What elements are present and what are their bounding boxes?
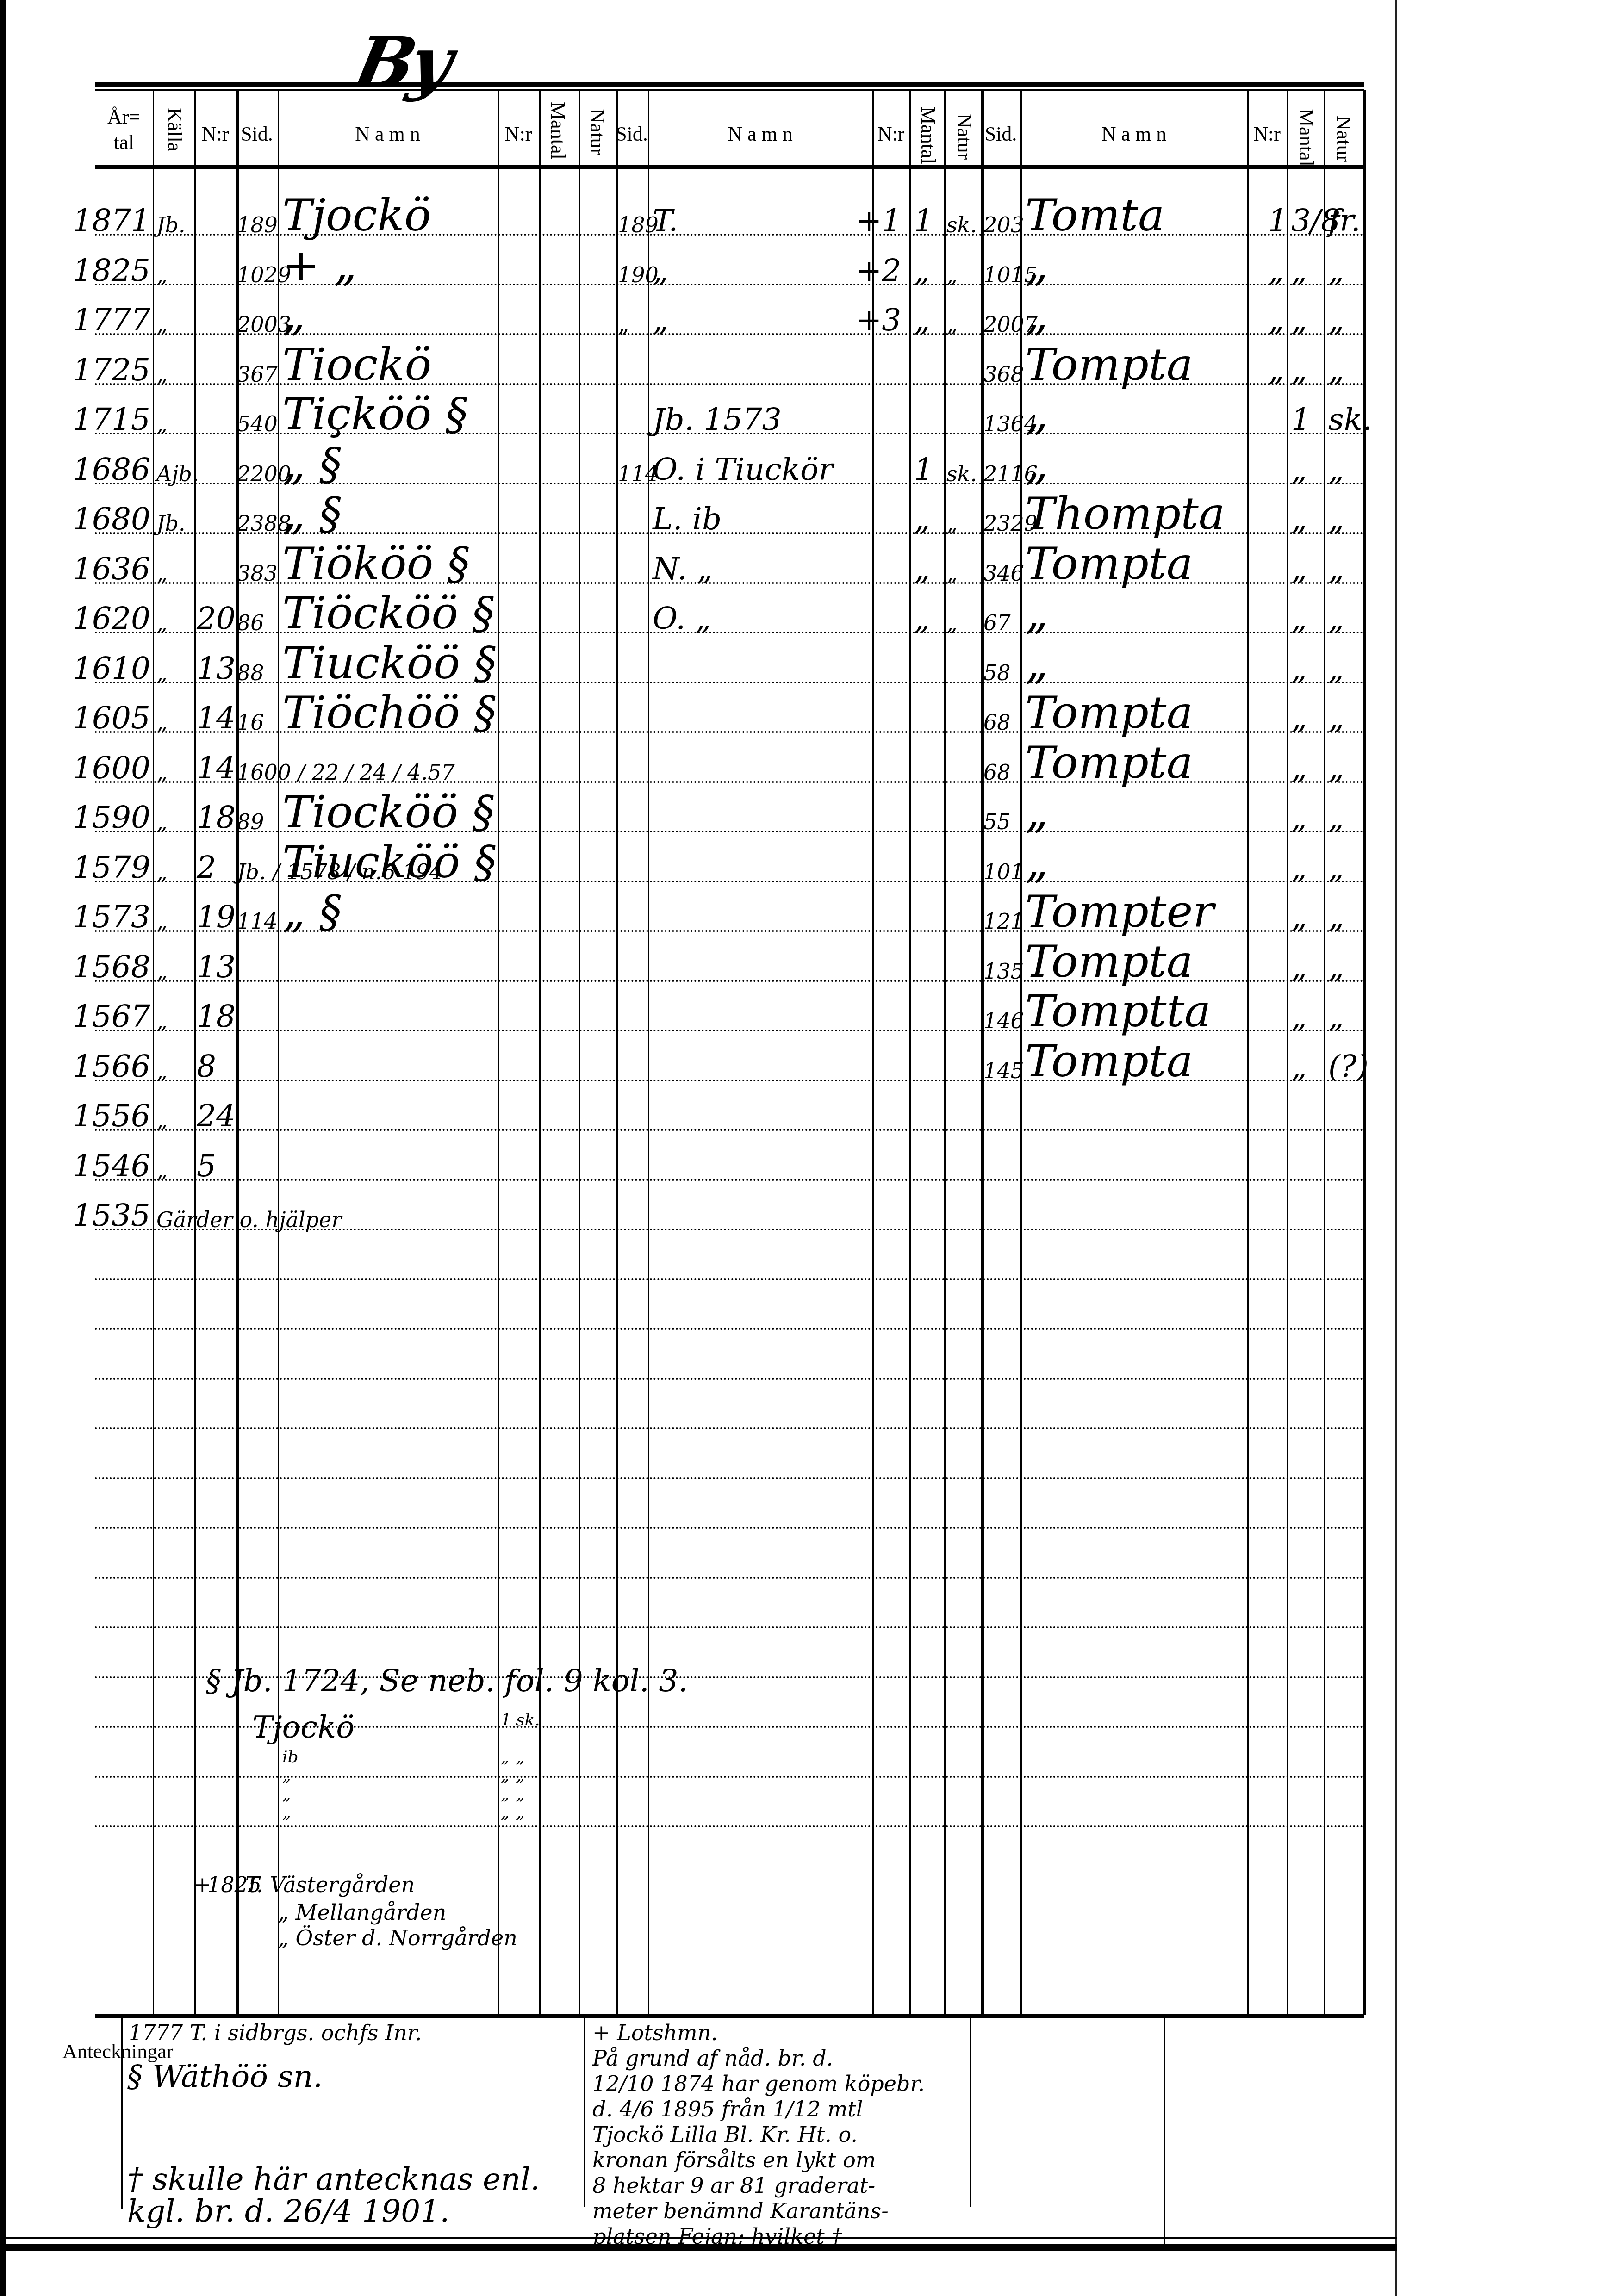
- row-group2-natur: „: [1328, 603, 1344, 634]
- row-group2-mantal: „: [1291, 255, 1307, 286]
- row-group2-namn: Tompta: [1025, 1039, 1193, 1083]
- row-dotted-rule: [95, 1477, 1364, 1479]
- row-namn: Tiöchöö §: [282, 690, 496, 735]
- row-dotted-rule: [95, 1328, 1364, 1330]
- row-group1-namn: „: [653, 255, 668, 286]
- row-dotted-rule: [95, 1577, 1364, 1579]
- row-group2-namn: „: [1025, 243, 1048, 287]
- row-group2-mantal: 1: [1291, 404, 1311, 435]
- row-year: 1825: [65, 255, 150, 286]
- row-namn: „ §: [282, 889, 342, 934]
- row-group2-mantal: „: [1291, 603, 1307, 634]
- row-kalla: „: [156, 314, 168, 335]
- row-kalla: „: [156, 811, 168, 832]
- row-kalla: „: [156, 1010, 168, 1031]
- footnote-entry-mantal: „: [501, 1749, 510, 1766]
- row-group2-natur: „: [1328, 355, 1344, 385]
- row-year: 1600: [65, 753, 150, 783]
- row-group1-namn: Jb. 1573: [653, 404, 782, 435]
- footnote-entry-natur: „: [516, 1786, 525, 1803]
- header-nr-4: N:r: [1247, 121, 1287, 147]
- header-namn-2: N a m n: [648, 121, 872, 147]
- row-group2-nr: 1: [1268, 205, 1288, 236]
- footnote-entry-natur: sk.: [516, 1712, 540, 1729]
- row-group2-mantal: „: [1291, 1001, 1307, 1032]
- row-group2-natur: „: [1328, 504, 1344, 534]
- row-year: 1725: [65, 355, 150, 385]
- note-2-line: meter benämnd Karantäns-: [592, 2200, 889, 2222]
- row-kalla: Ajb.: [156, 463, 199, 484]
- row-group1-mantal: „: [914, 554, 930, 584]
- row-group1-natur: „: [946, 612, 958, 633]
- row-kalla: „: [156, 662, 168, 683]
- row-namn: Tiucköö §: [282, 641, 497, 685]
- scan-edge-right: [1395, 0, 1397, 2296]
- note-2-line: + Lotshmn.: [592, 2022, 718, 2043]
- row-year: 1715: [65, 404, 150, 435]
- row-year: 1568: [65, 952, 150, 982]
- row-group2-namn: Tompta: [1025, 740, 1193, 785]
- row-group2-sid: 101: [983, 861, 1024, 882]
- row-group1-mantal: „: [914, 255, 930, 286]
- row-dotted-rule: [95, 1179, 1364, 1181]
- row-group2-mantal: „: [1291, 554, 1307, 584]
- bottom-rule-thick: [0, 2244, 1397, 2251]
- row-group2-mantal: „: [1291, 305, 1307, 335]
- header-kalla: Källa: [163, 104, 187, 155]
- row-group1-natur: „: [946, 314, 958, 335]
- row-group1-namn: L. ib: [653, 504, 722, 534]
- row-kalla: „: [156, 961, 168, 982]
- row-group2-natur: „: [1328, 952, 1344, 982]
- footnote-entry-namn: ib: [282, 1749, 299, 1766]
- row-nr: 14: [197, 753, 236, 783]
- header-namn-1: N a m n: [278, 121, 498, 147]
- row-kalla: „: [156, 762, 168, 783]
- row-sid: 540: [237, 413, 278, 434]
- row-group2-natur: „: [1328, 1001, 1344, 1032]
- row-group2-namn: Tomptta: [1025, 989, 1211, 1033]
- row-group1-mantal: 1: [914, 205, 933, 236]
- row-group2-namn: Tompta: [1025, 939, 1193, 984]
- header-bottom-rule: [95, 165, 1364, 169]
- row-namn: „: [282, 292, 305, 337]
- row-namn: Tiçköö §: [282, 392, 468, 436]
- row-sid: 189: [237, 214, 278, 236]
- row-namn: + „: [282, 243, 357, 287]
- row-group2-sid: 146: [983, 1010, 1024, 1031]
- row-year: 1567: [65, 1001, 150, 1032]
- row-year: 1871: [65, 205, 150, 236]
- header-nr-1: N:r: [194, 121, 236, 147]
- row-group2-natur: „: [1328, 554, 1344, 584]
- row-nr: 24: [197, 1101, 236, 1131]
- row-group2-sid: 368: [983, 364, 1024, 385]
- row-group2-namn: „: [1025, 641, 1048, 685]
- row-group1-natur: „: [946, 264, 958, 285]
- row-sid: 114: [237, 911, 278, 932]
- year-note-line-1: T. Västergården: [245, 1874, 415, 1895]
- row-kalla: „: [156, 1110, 168, 1131]
- footnote-entry-namn: „: [282, 1768, 291, 1784]
- row-dotted-rule: [95, 1626, 1364, 1628]
- row-nr: 18: [197, 802, 236, 833]
- footnote-entry-mantal: 1: [501, 1712, 511, 1729]
- row-group2-namn: Tompter: [1025, 889, 1214, 934]
- row-kalla: Jb.: [156, 513, 186, 534]
- row-group2-natur: „: [1328, 902, 1344, 932]
- row-group1-mantal: 1: [914, 454, 933, 485]
- row-group1-namn: „: [653, 305, 668, 335]
- row-group2-namn: „: [1025, 292, 1048, 337]
- row-namn: Tiöcköö §: [282, 591, 495, 635]
- row-namn: Tiockö: [282, 342, 431, 387]
- header-sid-2: Sid.: [616, 121, 648, 147]
- row-group2-natur: „: [1328, 703, 1344, 733]
- row-sid: 1600 / 22 / 24 / 4.57: [237, 762, 455, 783]
- header-natur-1: Natur: [585, 104, 609, 160]
- header-natur-2: Natur: [952, 109, 976, 164]
- row-group2-mantal: „: [1291, 703, 1307, 733]
- note-2-line: 12/10 1874 har genom köpebr.: [592, 2073, 925, 2094]
- header-artal-line1: År=: [95, 104, 153, 130]
- row-group2-sid: 55: [983, 811, 1011, 832]
- row-group2-mantal: „: [1291, 355, 1307, 385]
- note-1-line-2: § Wäthöö sn.: [127, 2061, 323, 2092]
- footnote-entry-mantal: „: [501, 1805, 510, 1821]
- row-group2-sid: 67: [983, 612, 1011, 633]
- row-group2-sid: 145: [983, 1060, 1024, 1081]
- row-group2-natur: (?): [1328, 1051, 1369, 1082]
- row-nr: 19: [197, 902, 236, 932]
- row-sid: 16: [237, 712, 264, 733]
- row-group2-sid: 68: [983, 762, 1011, 783]
- row-year: 1590: [65, 802, 150, 833]
- footnote-entry-namn: „: [282, 1805, 291, 1821]
- row-group2-natur: „: [1328, 852, 1344, 883]
- row-group2-mantal: „: [1291, 902, 1307, 932]
- row-group2-namn: „: [1025, 591, 1048, 635]
- note-2-line: kronan försålts en lykt om: [592, 2149, 876, 2171]
- row-kalla: „: [156, 563, 168, 584]
- row-nr: 20: [197, 603, 236, 634]
- note-1-line-3: † skulle här antecknas enl. kgl. br. d. …: [127, 2163, 572, 2228]
- row-year: 1573: [65, 902, 150, 932]
- row-kalla: „: [156, 1160, 168, 1181]
- row-nr: 2: [197, 852, 216, 883]
- header-namn-3: N a m n: [1020, 121, 1247, 147]
- row-group2-mantal: „: [1291, 952, 1307, 982]
- row-year: 1605: [65, 703, 150, 733]
- row-group2-namn: „: [1025, 392, 1048, 436]
- row-group1-mantal: „: [914, 603, 930, 634]
- row-group2-namn: „: [1025, 790, 1048, 834]
- row-year: 1686: [65, 454, 150, 485]
- row-group2-sid: 68: [983, 712, 1011, 733]
- row-kalla: Jb.: [156, 214, 186, 236]
- row-year: 1636: [65, 554, 150, 584]
- row-dotted-rule: [95, 1427, 1364, 1429]
- row-group1-namn: O. „: [653, 603, 711, 634]
- row-group2-namn: „: [1025, 442, 1048, 486]
- row-kalla: „: [156, 1060, 168, 1081]
- notes-divider-1: [121, 2017, 123, 2209]
- row-year: 1610: [65, 653, 150, 684]
- row-dotted-rule: [95, 1378, 1364, 1380]
- row-nr: 13: [197, 653, 236, 684]
- notes-top-rule: [95, 2014, 1364, 2018]
- row-kalla: „: [156, 413, 168, 434]
- row-sid: 383: [237, 563, 278, 584]
- header-nr-3: N:r: [872, 121, 909, 147]
- row-group2-namn: „: [1025, 840, 1048, 884]
- header-mantal-3: Mantal: [1294, 106, 1318, 169]
- row-year: 1579: [65, 852, 150, 883]
- notes-divider-4: [1164, 2017, 1165, 2249]
- row-group1-sid: „: [618, 314, 629, 335]
- row-namn: „ §: [282, 442, 342, 486]
- row-group2-natur: „: [1328, 802, 1344, 833]
- row-nr: 5: [197, 1151, 216, 1181]
- header-top-rule-thin: [95, 89, 1364, 91]
- note-2-line: På grund af nåd. br. d.: [592, 2048, 833, 2069]
- note-2-line: d. 4/6 1895 från 1/12 mtl: [592, 2098, 863, 2120]
- row-group2-natur: „: [1328, 305, 1344, 335]
- header-artal: År= tal: [95, 104, 153, 155]
- row-group2-natur: „: [1328, 454, 1344, 485]
- row-sid: 89: [237, 811, 264, 832]
- bottom-rule-thin: [0, 2237, 1397, 2239]
- footnote-entry-natur: „: [516, 1749, 525, 1766]
- header-nr-2: N:r: [498, 121, 539, 147]
- year-note-line-3: „ Öster d. Norrgården: [278, 1927, 517, 1948]
- row-group2-sid: 58: [983, 662, 1011, 683]
- row-year: 1777: [65, 305, 150, 335]
- row-group1-namn: N. „: [653, 554, 713, 584]
- footnote-entry-natur: „: [516, 1768, 525, 1784]
- row-year: 1566: [65, 1051, 150, 1082]
- row-year: 1535: [65, 1200, 150, 1231]
- row-nr: 8: [197, 1051, 216, 1082]
- row-year: 1620: [65, 603, 150, 634]
- row-group2-natur: „: [1328, 753, 1344, 783]
- row-sid: 86: [237, 612, 264, 633]
- row-group1-mantal: „: [914, 305, 930, 335]
- row-group2-nr: „: [1268, 355, 1284, 385]
- row-group2-natur: „: [1328, 255, 1344, 286]
- row-sid: 88: [237, 662, 264, 683]
- row-group2-mantal: „: [1291, 1051, 1307, 1082]
- row-group2-mantal: „: [1291, 504, 1307, 534]
- row-group2-mantal: „: [1291, 802, 1307, 833]
- row-group2-natur: sk.: [1328, 404, 1372, 435]
- row-group1-nr: +2: [856, 255, 901, 286]
- footnote-entry-namn: „: [282, 1786, 291, 1803]
- row-sid: 367: [237, 364, 278, 385]
- header-mantal-2: Mantal: [916, 104, 940, 167]
- note-1-line-1: 1777 T. i sidbrgs. ochfs Inr.: [129, 2022, 422, 2043]
- row-group2-nr: „: [1268, 305, 1284, 335]
- row-group2-namn: Tomta: [1025, 193, 1164, 237]
- row-namn: „ §: [282, 491, 342, 536]
- header-mantal-1: Mantal: [546, 99, 570, 162]
- row-dotted-rule: [95, 1129, 1364, 1131]
- footnote-entry-mantal: „: [501, 1786, 510, 1803]
- row-group2-mantal: „: [1291, 852, 1307, 883]
- row-group1-natur: sk.: [946, 463, 977, 484]
- row-group1-natur: sk.: [946, 214, 977, 236]
- row-group2-mantal: „: [1291, 454, 1307, 485]
- row-group1-natur: „: [946, 563, 958, 584]
- header-sid-3: Sid.: [981, 121, 1020, 147]
- row-nr: 18: [197, 1001, 236, 1032]
- row-group2-mantal: „: [1291, 653, 1307, 684]
- row-group2-sid: 121: [983, 911, 1024, 932]
- row-kalla: „: [156, 911, 168, 932]
- notes-divider-2: [584, 2017, 585, 2207]
- row-kalla: „: [156, 264, 168, 285]
- header-artal-line2: tal: [95, 130, 153, 155]
- row-year: 1680: [65, 504, 150, 534]
- footnote-entry-mantal: „: [501, 1768, 510, 1784]
- row-namn: Tjockö: [282, 193, 431, 237]
- row-namn: Tiocköö §: [282, 790, 495, 834]
- row-group2-natur: fr.: [1328, 205, 1361, 236]
- note-2-line: 8 hektar 9 ar 81 graderat-: [592, 2175, 875, 2196]
- row-group2-namn: Tompta: [1025, 342, 1193, 387]
- row-group1-namn: T.: [653, 205, 678, 236]
- row-dotted-rule: [95, 1278, 1364, 1280]
- row-group1-natur: „: [946, 513, 958, 534]
- row-kalla: „: [156, 861, 168, 882]
- row-year: 1546: [65, 1151, 150, 1181]
- row-nr: 14: [197, 703, 236, 733]
- row-year: 1556: [65, 1101, 150, 1131]
- row-dotted-rule: [95, 1527, 1364, 1529]
- row-group1-mantal: „: [914, 504, 930, 534]
- footnote-ref-line: § Jb. 1724, Se neb. fol. 9 kol. 3.: [206, 1666, 688, 1696]
- row-group2-namn: Tompta: [1025, 541, 1193, 586]
- row-group2-namn: Thompta: [1025, 491, 1225, 536]
- header-top-rule: [95, 82, 1364, 87]
- row-namn: Tiucköö §: [282, 840, 497, 884]
- row-group2-nr: „: [1268, 255, 1284, 286]
- row-group2-sid: 203: [983, 214, 1024, 236]
- row-kalla: „: [156, 364, 168, 385]
- header-sid-1: Sid.: [236, 121, 278, 147]
- row-group2-sid: 135: [983, 961, 1024, 982]
- row-group2-mantal: „: [1291, 753, 1307, 783]
- row-kalla: Gärder o. hjälper: [156, 1209, 342, 1230]
- notes-divider-3: [970, 2017, 971, 2207]
- row-dotted-rule: [95, 1825, 1364, 1827]
- row-group1-namn: O. i Tiuckör: [653, 454, 833, 485]
- footnote-entry-namn: Tjockö: [252, 1712, 355, 1743]
- row-nr: 13: [197, 952, 236, 982]
- row-namn: Tiököö §: [282, 541, 470, 586]
- footnote-entry-natur: „: [516, 1805, 525, 1821]
- row-group1-nr: +1: [856, 205, 901, 236]
- year-note-line-2: „ Mellangården: [278, 1902, 446, 1923]
- row-group2-natur: „: [1328, 653, 1344, 684]
- row-kalla: „: [156, 612, 168, 633]
- scan-edge-left: [0, 0, 6, 2296]
- row-group1-nr: +3: [856, 305, 901, 335]
- row-group2-namn: Tompta: [1025, 690, 1193, 735]
- note-2-line: Tjockö Lilla Bl. Kr. Ht. o.: [592, 2124, 858, 2145]
- row-group2-sid: 346: [983, 563, 1024, 584]
- row-kalla: „: [156, 712, 168, 733]
- header-natur-3: Natur: [1332, 111, 1356, 167]
